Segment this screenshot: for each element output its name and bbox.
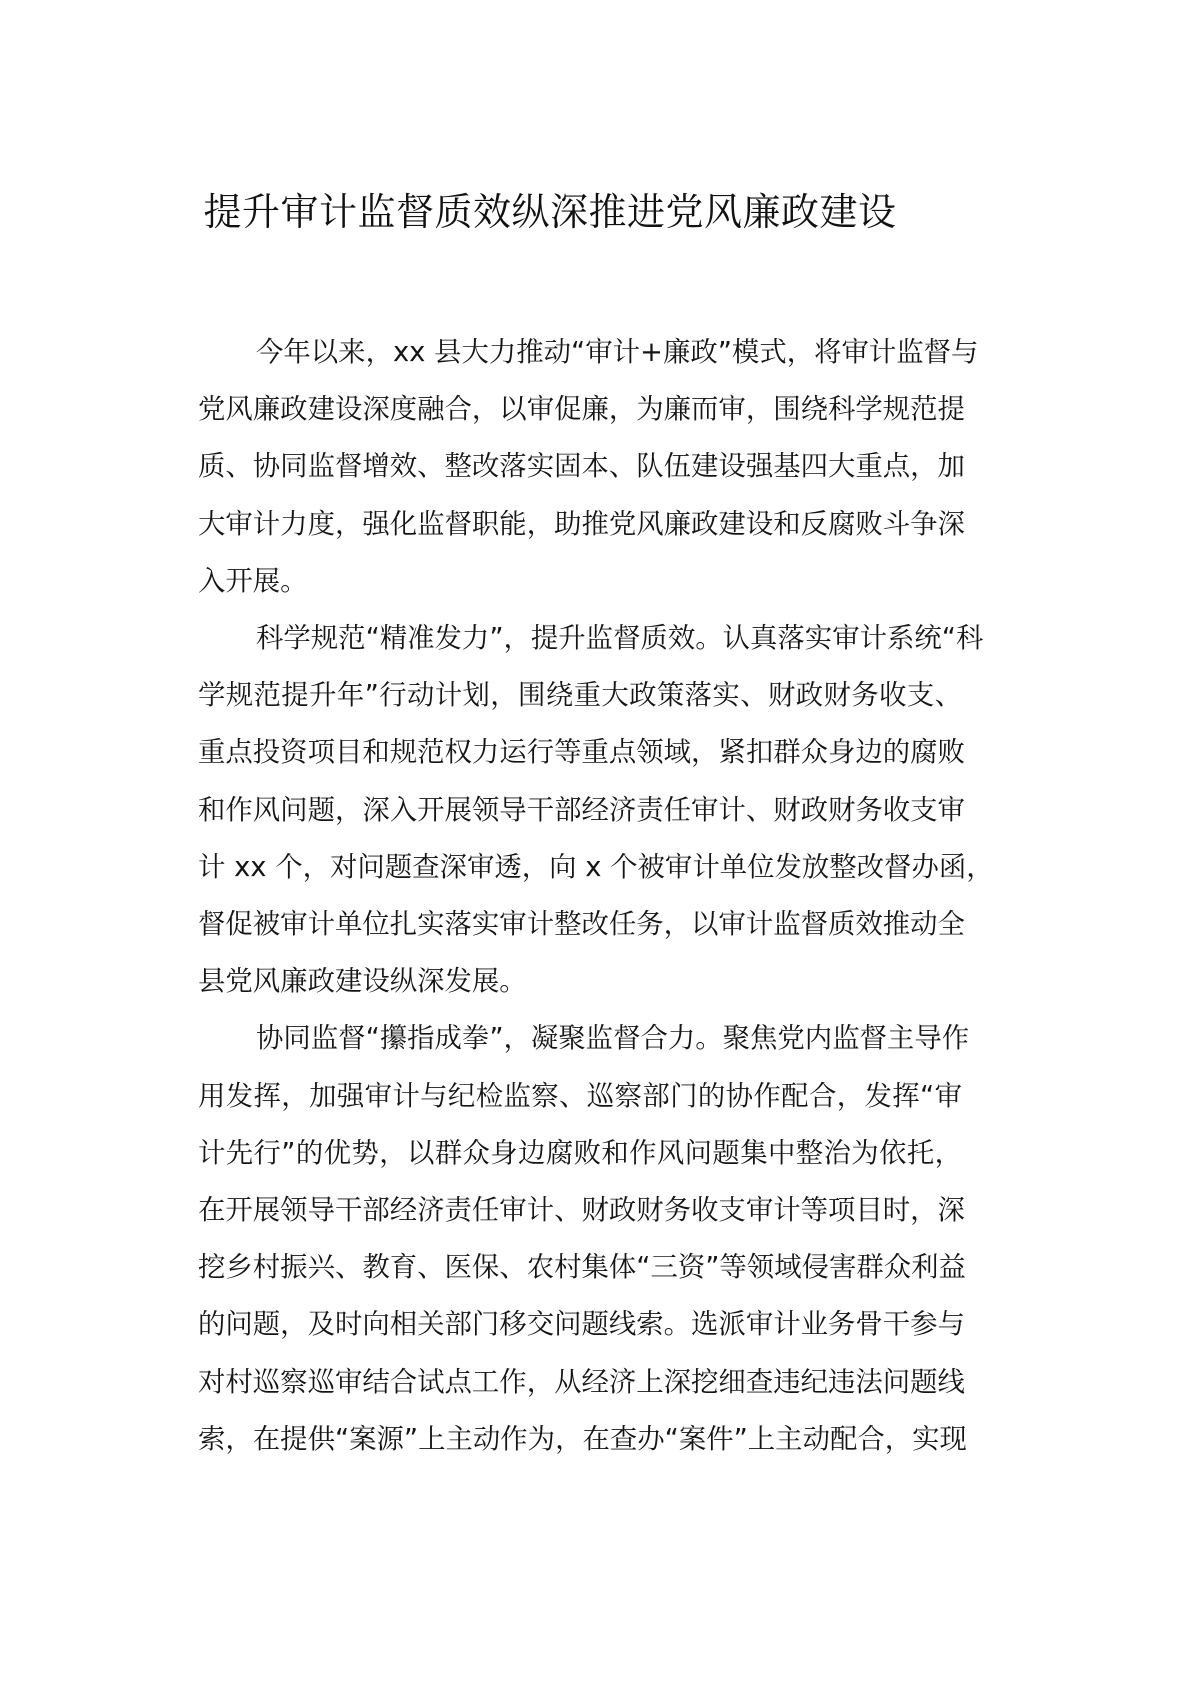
text-line: 索，在提供“案源”上主动作为，在查办“案件”上主动配合，实现 (140, 1411, 962, 1468)
text-line: 计 xx 个，对问题查深审透，向 x 个被审计单位发放整改督办函， (140, 839, 962, 896)
text-line: 计先行”的优势，以群众身边腐败和作风问题集中整治为依托， (140, 1125, 962, 1182)
text-line: 对村巡察巡审结合试点工作，从经济上深挖细查违纪违法问题线 (140, 1354, 962, 1411)
text-line: 入开展。 (140, 553, 962, 610)
text-line: 党风廉政建设深度融合，以审促廉，为廉而审，围绕科学规范提 (140, 381, 962, 438)
text-line: 科学规范“精准发力”，提升监督质效。认真落实审计系统“科 (140, 610, 962, 667)
text-line: 质、协同监督增效、整改落实固本、队伍建设强基四大重点，加 (140, 438, 962, 495)
text-line: 协同监督“攥指成拳”，凝聚监督合力。聚焦党内监督主导作 (140, 1010, 962, 1067)
text-line: 和作风问题，深入开展领导干部经济责任审计、财政财务收支审 (140, 782, 962, 839)
text-line: 的问题，及时向相关部门移交问题线索。选派审计业务骨干参与 (140, 1296, 962, 1353)
text-line: 重点投资项目和规范权力运行等重点领域，紧扣群众身边的腐败 (140, 724, 962, 781)
document-body: 今年以来，xx 县大力推动“审计+廉政”模式，将审计监督与 党风廉政建设深度融合… (140, 324, 962, 1468)
text-line: 大审计力度，强化监督职能，助推党风廉政建设和反腐败斗争深 (140, 496, 962, 553)
text-line: 今年以来，xx 县大力推动“审计+廉政”模式，将审计监督与 (140, 324, 962, 381)
text-line: 在开展领导干部经济责任审计、财政财务收支审计等项目时，深 (140, 1182, 962, 1239)
text-line: 督促被审计单位扎实落实审计整改任务，以审计监督质效推动全 (140, 896, 962, 953)
text-line: 县党风廉政建设纵深发展。 (140, 953, 962, 1010)
text-line: 用发挥，加强审计与纪检监察、巡察部门的协作配合，发挥“审 (140, 1068, 962, 1125)
text-line: 挖乡村振兴、教育、医保、农村集体“三资”等领域侵害群众利益 (140, 1239, 962, 1296)
document-title: 提升审计监督质效纵深推进党风廉政建设 (0, 186, 1100, 238)
paragraph-precision: 科学规范“精准发力”，提升监督质效。认真落实审计系统“科 学规范提升年”行动计划… (140, 610, 962, 1010)
paragraph-intro: 今年以来，xx 县大力推动“审计+廉政”模式，将审计监督与 党风廉政建设深度融合… (140, 324, 962, 610)
paragraph-collaboration: 协同监督“攥指成拳”，凝聚监督合力。聚焦党内监督主导作 用发挥，加强审计与纪检监… (140, 1010, 962, 1468)
text-line: 学规范提升年”行动计划，围绕重大政策落实、财政财务收支、 (140, 667, 962, 724)
document-page: 提升审计监督质效纵深推进党风廉政建设 今年以来，xx 县大力推动“审计+廉政”模… (0, 0, 1190, 1683)
